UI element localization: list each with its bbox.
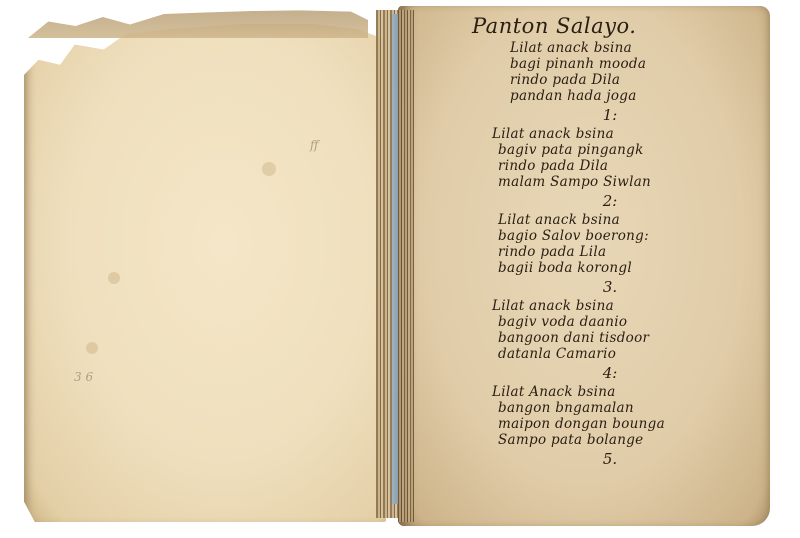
foxing-stain	[86, 342, 98, 354]
foxing-stain	[262, 162, 276, 176]
verse-line: bagiv voda daanio	[498, 314, 750, 330]
stanza-number: 3.	[470, 276, 750, 298]
verse-line: pandan hada joga	[510, 88, 750, 104]
stanza-number: 5.	[470, 448, 750, 470]
stanza-number: 4:	[470, 362, 750, 384]
verse-line: rindo pada Dila	[510, 72, 750, 88]
verse-line: rindo pada Dila	[498, 158, 750, 174]
open-manuscript: ff 3 6 Panton Salayo. Lilat anack bsina …	[0, 0, 800, 538]
stanza-number: 2:	[470, 190, 750, 212]
stanza-5: Lilat Anack bsina bangon bngamalan maipo…	[470, 384, 750, 448]
verse-line: Lilat Anack bsina	[492, 384, 750, 400]
stanza-number: 1:	[470, 104, 750, 126]
foxing-stain	[108, 272, 120, 284]
verse-line: bangoon dani tisdoor	[498, 330, 750, 346]
verse-line: Lilat anack bsina	[510, 40, 750, 56]
verse-line: rindo pada Lila	[498, 244, 750, 260]
verse-line: malam Sampo Siwlan	[498, 174, 750, 190]
verse-line: Lilat anack bsina	[492, 126, 750, 142]
left-page-torn-edge	[28, 8, 368, 38]
stanza-3: Lilat anack bsina bagio Salov boerong: r…	[470, 212, 750, 276]
pencil-mark: ff	[310, 138, 319, 152]
stanza-2: Lilat anack bsina bagiv pata pingangk ri…	[470, 126, 750, 190]
page-block-edges	[398, 10, 414, 522]
verse-line: bangon bngamalan	[498, 400, 750, 416]
handwritten-text: Panton Salayo. Lilat anack bsina bagi pi…	[470, 12, 750, 470]
verse-line: maipon dongan bounga	[498, 416, 750, 432]
verse-line: bagio Salov boerong:	[498, 228, 750, 244]
stanza-4: Lilat anack bsina bagiv voda daanio bang…	[470, 298, 750, 362]
verse-line: datanla Camario	[498, 346, 750, 362]
verse-line: Lilat anack bsina	[492, 298, 750, 314]
stanza-1: Lilat anack bsina bagi pinanh mooda rind…	[470, 40, 750, 104]
verse-line: bagiv pata pingangk	[498, 142, 750, 158]
verse-line: Sampo pata bolange	[498, 432, 750, 448]
verse-line: bagii boda korongl	[498, 260, 750, 276]
verse-line: Lilat anack bsina	[498, 212, 750, 228]
pencil-mark: 3 6	[74, 370, 93, 384]
left-page-blank	[24, 14, 386, 522]
verse-line: bagi pinanh mooda	[510, 56, 750, 72]
manuscript-title: Panton Salayo.	[472, 12, 750, 40]
